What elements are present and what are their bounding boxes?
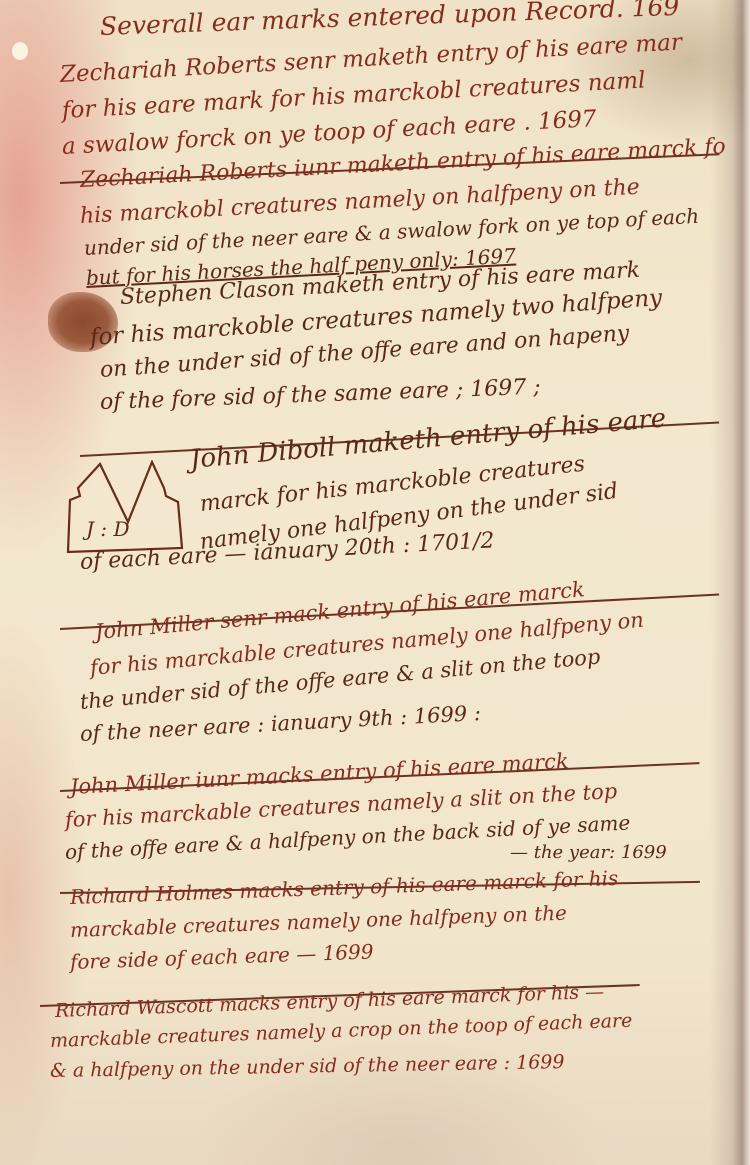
entry-line: & a halfpeny on the under sid of the nee…: [50, 1051, 565, 1082]
entry-line: John Diboll maketh entry of his eare: [189, 403, 668, 475]
entry-line: marckable creatures namely one halfpeny …: [70, 901, 568, 942]
earmark-initials: J : D: [82, 517, 130, 541]
manuscript-page: Severall ear marks entered upon Record. …: [0, 0, 750, 1165]
paper-hole: [12, 42, 28, 60]
entry-line: — the year: 1699: [510, 842, 667, 863]
earmark-drawing: J : D: [60, 460, 190, 555]
page-edge-shadow: [710, 0, 750, 1165]
entry-line: of the fore sid of the same eare ; 1697 …: [100, 375, 541, 415]
entry-line: fore side of each eare — 1699: [70, 939, 374, 974]
